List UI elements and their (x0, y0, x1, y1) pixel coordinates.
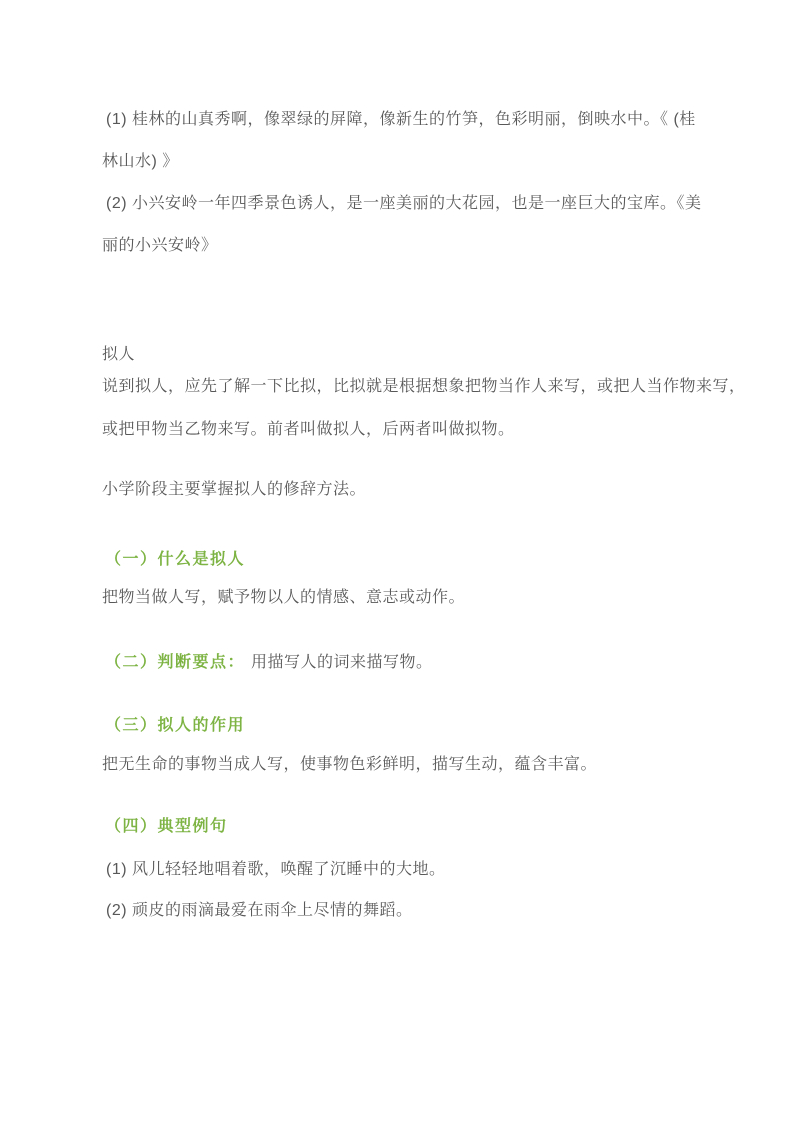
section-heading-text: （二）判断要点： (105, 654, 245, 671)
body-text: 用描写人的词来描写物。 (251, 654, 433, 671)
body-text: (1) 风儿轻轻地唱着歌，唤醒了沉睡中的大地。 (106, 861, 446, 878)
intro-paragraph-line-2: 或把甲物当乙物来写。前者叫做拟人，后两者叫做拟物。 (102, 419, 515, 441)
section-heading-4: （四）典型例句 (105, 816, 228, 838)
example-metaphor-1-line-1: (1) 桂林的山真秀啊，像翠绿的屏障，像新生的竹笋，色彩明丽，倒映水中。《 (桂 (106, 109, 696, 131)
body-text: 把物当做人写，赋予物以人的情感、意志或动作。 (102, 589, 465, 606)
section-heading-text: （三）拟人的作用 (105, 717, 245, 734)
body-text: (2) 小兴安岭一年四季景色诱人，是一座美丽的大花园，也是一座巨大的宝库。《美 (106, 195, 702, 212)
section-3-body: 把无生命的事物当成人写，使事物色彩鲜明，描写生动，蕴含丰富。 (102, 754, 597, 776)
section-heading-3: （三）拟人的作用 (105, 715, 245, 737)
topic-title: 拟人 (102, 344, 135, 366)
section-heading-text: （四）典型例句 (105, 818, 228, 835)
body-text: 说到拟人，应先了解一下比拟，比拟就是根据想象把物当作人来写，或把人当作物来写， (102, 378, 746, 395)
body-text: 林山水) 》 (102, 153, 179, 170)
body-text: 把无生命的事物当成人写，使事物色彩鲜明，描写生动，蕴含丰富。 (102, 756, 597, 773)
body-text: (2) 顽皮的雨滴最爱在雨伞上尽情的舞蹈。 (106, 902, 413, 919)
body-text: (1) 桂林的山真秀啊，像翠绿的屏障，像新生的竹笋，色彩明丽，倒映水中。《 (桂 (106, 111, 696, 128)
example-metaphor-2-line-2: 丽的小兴安岭》 (102, 235, 218, 257)
typical-example-2: (2) 顽皮的雨滴最爱在雨伞上尽情的舞蹈。 (106, 900, 413, 922)
section-heading-1: （一）什么是拟人 (105, 549, 245, 571)
intro-paragraph-line-1: 说到拟人，应先了解一下比拟，比拟就是根据想象把物当作人来写，或把人当作物来写， (102, 376, 746, 398)
section-1-body: 把物当做人写，赋予物以人的情感、意志或动作。 (102, 587, 465, 609)
document-page: (1) 桂林的山真秀啊，像翠绿的屏障，像新生的竹笋，色彩明丽，倒映水中。《 (桂… (0, 0, 793, 1122)
body-text: 拟人 (102, 346, 135, 363)
example-metaphor-2-line-1: (2) 小兴安岭一年四季景色诱人，是一座美丽的大花园，也是一座巨大的宝库。《美 (106, 193, 702, 215)
primary-school-note: 小学阶段主要掌握拟人的修辞方法。 (102, 479, 366, 501)
section-heading-2: （二）判断要点：用描写人的词来描写物。 (105, 652, 433, 674)
body-text: 或把甲物当乙物来写。前者叫做拟人，后两者叫做拟物。 (102, 421, 515, 438)
section-heading-text: （一）什么是拟人 (105, 551, 245, 568)
body-text: 小学阶段主要掌握拟人的修辞方法。 (102, 481, 366, 498)
body-text: 丽的小兴安岭》 (102, 237, 218, 254)
typical-example-1: (1) 风儿轻轻地唱着歌，唤醒了沉睡中的大地。 (106, 859, 446, 881)
example-metaphor-1-line-2: 林山水) 》 (102, 151, 179, 173)
